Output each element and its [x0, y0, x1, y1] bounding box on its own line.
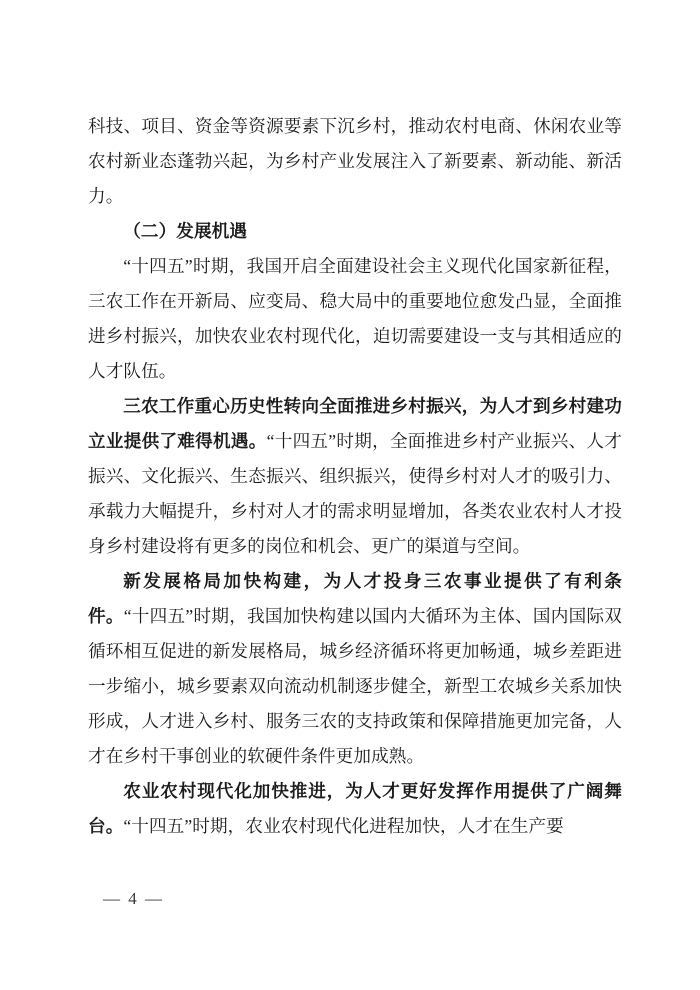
- page-number: — 4 —: [103, 889, 164, 908]
- paragraph: 农业农村现代化加快推进，为人才更好发挥作用提供了广阔舞台。“十四五”时期，农业农…: [88, 774, 622, 844]
- section-heading-label: （二）发展机遇: [123, 221, 247, 241]
- paragraph: 新发展格局加快构建，为人才投身三农事业提供了有利条件。“十四五”时期，我国加快构…: [88, 564, 622, 774]
- section-heading: （二）发展机遇: [88, 214, 622, 249]
- paragraph-text: 科技、项目、资金等资源要素下沉乡村，推动农村电商、休闲农业等农村新业态蓬勃兴起，…: [88, 116, 622, 206]
- paragraph-text: “十四五”时期，农业农村现代化进程加快，人才在生产要: [123, 816, 563, 836]
- paragraph-text: “十四五”时期，我国加快构建以国内大循环为主体、国内国际双循环相互促进的新发展格…: [88, 606, 622, 766]
- document-page: 科技、项目、资金等资源要素下沉乡村，推动农村电商、休闲农业等农村新业态蓬勃兴起，…: [0, 0, 700, 990]
- paragraph: “十四五”时期，我国开启全面建设社会主义现代化国家新征程，三农工作在开新局、应变…: [88, 249, 622, 389]
- paragraph: 科技、项目、资金等资源要素下沉乡村，推动农村电商、休闲农业等农村新业态蓬勃兴起，…: [88, 109, 622, 214]
- page-body: 科技、项目、资金等资源要素下沉乡村，推动农村电商、休闲农业等农村新业态蓬勃兴起，…: [88, 109, 622, 844]
- paragraph: 三农工作重心历史性转向全面推进乡村振兴，为人才到乡村建功立业提供了难得机遇。“十…: [88, 389, 622, 564]
- page-footer: — 4 —: [103, 889, 164, 909]
- paragraph-text: “十四五”时期，我国开启全面建设社会主义现代化国家新征程，三农工作在开新局、应变…: [88, 256, 622, 381]
